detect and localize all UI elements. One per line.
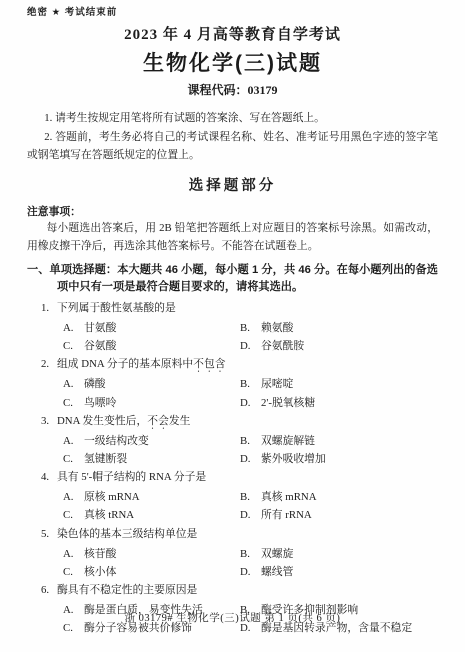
- option-row: C.氢键断裂 D.紫外吸收增加: [63, 450, 465, 468]
- option-label: A.: [63, 319, 84, 337]
- option-row: C.真核 tRNA D.所有 rRNA: [63, 506, 465, 524]
- option-text: 一级结构改变: [84, 432, 149, 450]
- notes-label: 注意事项：: [27, 204, 438, 219]
- stem-pre: 染色体的基本三级结构单位是: [57, 528, 197, 540]
- option: B.双螺旋: [240, 545, 465, 563]
- page-footer: 浙 03179# 生物化学(三)试题 第 1 页(共 6 页): [0, 610, 465, 625]
- stem-pre: 组成 DNA 分子的基本原料中: [57, 358, 193, 370]
- notes-body: 每小题选出答案后，用 2B 铅笔把答题纸上对应题目的答案标号涂黑。如需改动，用橡…: [27, 219, 438, 256]
- option-row: A.一级结构改变 B.双螺旋解链: [63, 432, 465, 450]
- option-text: 真核 tRNA: [84, 506, 134, 524]
- stem-post: 发生: [169, 415, 191, 427]
- option-row: C.核小体 D.螺线管: [63, 563, 465, 581]
- option-label: B.: [240, 375, 261, 393]
- question-list: 1. 下列属于酸性氨基酸的是 A.甘氨酸 B.赖氨酸 C.谷氨酸 D.谷氨酰胺 …: [0, 299, 465, 637]
- option-text: 螺线管: [261, 563, 293, 581]
- option-text: 双螺旋: [261, 545, 293, 563]
- part-heading: 一、单项选择题：本大题共 46 小题，每小题 1 分，共 46 分。在每小题列出…: [57, 262, 438, 297]
- question-stem: DNA 发生变性后，不会发生: [57, 412, 190, 432]
- option-label: A.: [63, 432, 84, 450]
- option: D.谷氨酰胺: [240, 337, 465, 355]
- option: A.核苷酸: [63, 545, 240, 563]
- option-text: 2'-脱氧核糖: [261, 394, 315, 412]
- option-row: C.谷氨酸 D.谷氨酰胺: [63, 337, 465, 355]
- option-text: 甘氨酸: [84, 319, 116, 337]
- security-notice: 绝密 ★ 考试结束前: [0, 0, 465, 18]
- stem-emphasized: 不会: [147, 415, 169, 427]
- option-label: C.: [63, 450, 84, 468]
- option-text: 氢键断裂: [84, 450, 127, 468]
- instruction-item-2: 2. 答题前，考生务必将自己的考试课程名称、姓名、准考证号用黑色字迹的签字笔或钢…: [27, 128, 438, 165]
- stem-emphasized: 不包含: [193, 358, 225, 370]
- option: A.甘氨酸: [63, 319, 240, 337]
- option-text: 核苷酸: [84, 545, 116, 563]
- question-number: 4.: [41, 468, 57, 488]
- stem-pre: 具有 5'-帽子结构的 RNA 分子是: [57, 471, 206, 483]
- option: B.赖氨酸: [240, 319, 465, 337]
- instruction-item-1: 1. 请考生按规定用笔将所有试题的答案涂、写在答题纸上。: [27, 109, 438, 128]
- option-label: C.: [63, 563, 84, 581]
- course-code: 课程代码：03179: [0, 81, 465, 98]
- option-label: C.: [63, 506, 84, 524]
- exam-page: 绝密 ★ 考试结束前 2023 年 4 月高等教育自学考试 生物化学(三)试题 …: [0, 0, 465, 652]
- option-text: 赖氨酸: [261, 319, 293, 337]
- option-text: 核小体: [84, 563, 116, 581]
- option: B.双螺旋解链: [240, 432, 465, 450]
- question-number: 3.: [41, 412, 57, 432]
- option-label: A.: [63, 488, 84, 506]
- option: D.所有 rRNA: [240, 506, 465, 524]
- option: A.一级结构改变: [63, 432, 240, 450]
- option-row: A.磷酸 B.尿嘧啶: [63, 375, 465, 393]
- option-text: 谷氨酸: [84, 337, 116, 355]
- option-text: 尿嘧啶: [261, 375, 293, 393]
- option: D.紫外吸收增加: [240, 450, 465, 468]
- option-label: A.: [63, 545, 84, 563]
- section-title: 选择题部分: [0, 174, 465, 195]
- stem-pre: 下列属于酸性氨基酸的是: [57, 302, 176, 314]
- instruction-list: 1. 请考生按规定用笔将所有试题的答案涂、写在答题纸上。 2. 答题前，考生务必…: [27, 109, 438, 165]
- option-row: C.鸟嘌呤 D.2'-脱氧核糖: [63, 394, 465, 412]
- question-stem: 组成 DNA 分子的基本原料中不包含: [57, 355, 226, 375]
- option-text: 双螺旋解链: [261, 432, 315, 450]
- option-label: B.: [240, 319, 261, 337]
- question: 5. 染色体的基本三级结构单位是 A.核苷酸 B.双螺旋 C.核小体 D.螺线管: [0, 525, 465, 581]
- option-label: B.: [240, 488, 261, 506]
- question-number: 5.: [41, 525, 57, 545]
- option-row: A.原核 mRNA B.真核 mRNA: [63, 488, 465, 506]
- option-label: D.: [240, 506, 261, 524]
- option: D.2'-脱氧核糖: [240, 394, 465, 412]
- option-label: B.: [240, 432, 261, 450]
- question: 3. DNA 发生变性后，不会发生 A.一级结构改变 B.双螺旋解链 C.氢键断…: [0, 412, 465, 468]
- option-text: 真核 mRNA: [261, 488, 317, 506]
- option-text: 鸟嘌呤: [84, 394, 116, 412]
- option-text: 谷氨酰胺: [261, 337, 304, 355]
- option: D.螺线管: [240, 563, 465, 581]
- question: 2. 组成 DNA 分子的基本原料中不包含 A.磷酸 B.尿嘧啶 C.鸟嘌呤 D…: [0, 355, 465, 411]
- question-number: 1.: [41, 299, 57, 319]
- option: A.原核 mRNA: [63, 488, 240, 506]
- option: A.磷酸: [63, 375, 240, 393]
- paper-title: 生物化学(三)试题: [0, 47, 465, 77]
- question-number: 6.: [41, 581, 57, 601]
- option-label: B.: [240, 545, 261, 563]
- option: C.核小体: [63, 563, 240, 581]
- option-label: D.: [240, 563, 261, 581]
- question: 1. 下列属于酸性氨基酸的是 A.甘氨酸 B.赖氨酸 C.谷氨酸 D.谷氨酰胺: [0, 299, 465, 355]
- stem-pre: 酶具有不稳定性的主要原因是: [57, 584, 197, 596]
- option-label: D.: [240, 337, 261, 355]
- question-stem: 染色体的基本三级结构单位是: [57, 525, 197, 545]
- stem-pre: DNA 发生变性后，: [57, 415, 147, 427]
- option-text: 原核 mRNA: [84, 488, 140, 506]
- question-stem: 下列属于酸性氨基酸的是: [57, 299, 176, 319]
- option-row: A.甘氨酸 B.赖氨酸: [63, 319, 465, 337]
- option: C.真核 tRNA: [63, 506, 240, 524]
- question-number: 2.: [41, 355, 57, 375]
- option-text: 紫外吸收增加: [261, 450, 326, 468]
- option: B.尿嘧啶: [240, 375, 465, 393]
- question-stem: 酶具有不稳定性的主要原因是: [57, 581, 197, 601]
- option: C.谷氨酸: [63, 337, 240, 355]
- option-label: C.: [63, 337, 84, 355]
- option-label: C.: [63, 394, 84, 412]
- option-label: D.: [240, 394, 261, 412]
- option: C.鸟嘌呤: [63, 394, 240, 412]
- option-row: A.核苷酸 B.双螺旋: [63, 545, 465, 563]
- question: 4. 具有 5'-帽子结构的 RNA 分子是 A.原核 mRNA B.真核 mR…: [0, 468, 465, 524]
- question-stem: 具有 5'-帽子结构的 RNA 分子是: [57, 468, 206, 488]
- option-text: 所有 rRNA: [261, 506, 312, 524]
- option-label: A.: [63, 375, 84, 393]
- exam-session-title: 2023 年 4 月高等教育自学考试: [0, 23, 465, 44]
- option-label: D.: [240, 450, 261, 468]
- option: B.真核 mRNA: [240, 488, 465, 506]
- option: C.氢键断裂: [63, 450, 240, 468]
- option-text: 磷酸: [84, 375, 106, 393]
